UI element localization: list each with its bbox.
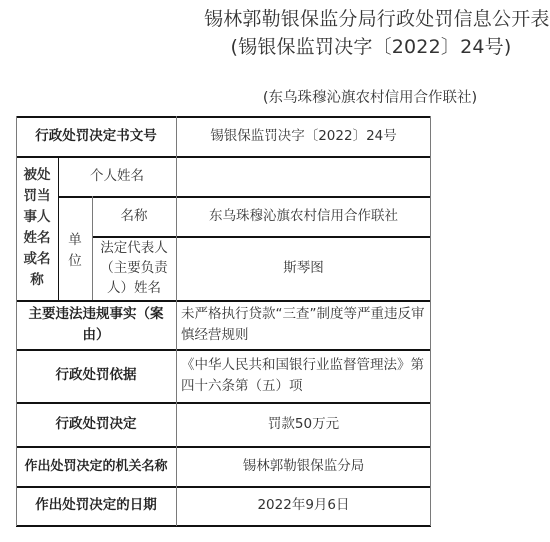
decision-value: 罚款50万元 bbox=[176, 402, 431, 446]
decision-doc-no-label: 行政处罚决定书文号 bbox=[16, 116, 176, 156]
penalty-info-table: 行政处罚决定书文号 锡银保监罚决字〔2022〕24号 被处罚当事人姓名或名称 个… bbox=[16, 116, 431, 526]
unit-cell: 单位 bbox=[58, 196, 92, 300]
date-label: 作出处罚决定的日期 bbox=[16, 486, 176, 525]
individual-name-value bbox=[176, 156, 431, 196]
decision-doc-no-value: 锡银保监罚决字〔2022〕24号 bbox=[176, 116, 431, 156]
document-title-line1: 锡林郭勒银保监分局行政处罚信息公开表 bbox=[204, 5, 538, 33]
decision-label: 行政处罚决定 bbox=[16, 402, 176, 446]
violation-facts-label: 主要违法违规事实（案由） bbox=[18, 300, 174, 349]
unit-name-label: 名称 bbox=[92, 196, 176, 236]
legal-basis-label: 行政处罚依据 bbox=[16, 349, 176, 402]
legal-basis-value: 《中华人民共和国银行业监督管理法》第四十六条第（五）项 bbox=[176, 349, 431, 402]
unit-label: 单位 bbox=[67, 230, 83, 272]
violation-facts-value: 未严格执行贷款“三查”制度等严重违反审慎经营规则 bbox=[176, 300, 431, 349]
party-group-cell: 被处罚当事人姓名或名称 bbox=[16, 156, 58, 300]
authority-label: 作出处罚决定的机关名称 bbox=[16, 446, 176, 486]
unit-name-value: 东乌珠穆沁旗农村信用合作联社 bbox=[176, 196, 431, 236]
authority-value: 锡林郭勒银保监分局 bbox=[176, 446, 431, 486]
party-group-label: 被处罚当事人姓名或名称 bbox=[22, 165, 52, 291]
legal-rep-value: 斯琴图 bbox=[176, 236, 431, 300]
table-rule bbox=[16, 525, 431, 527]
document-title-line2: (锡银保监罚决字〔2022〕24号) bbox=[204, 33, 538, 61]
individual-name-label: 个人姓名 bbox=[58, 156, 176, 196]
date-value: 2022年9月6日 bbox=[176, 486, 431, 525]
legal-rep-label: 法定代表人（主要负责人）姓名 bbox=[94, 236, 174, 300]
document-subtitle: (东乌珠穆沁旗农村信用合作联社) bbox=[250, 88, 490, 108]
